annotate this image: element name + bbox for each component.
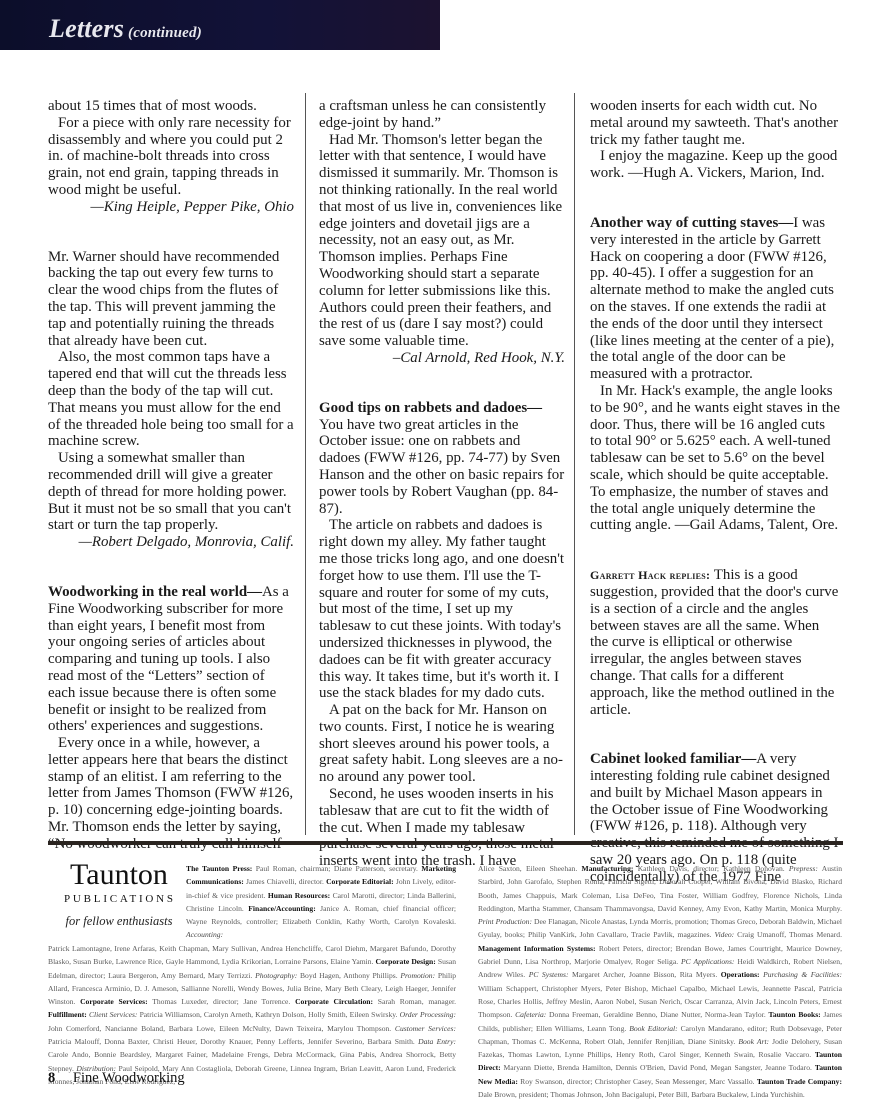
staff-department: Operations: (721, 970, 760, 979)
letter-body: I was very interested in the article by … (590, 215, 834, 382)
letter-paragraph: I enjoy the magazine. Keep up the good w… (590, 148, 840, 182)
masthead-staff-list-1: The Taunton Press: Paul Roman, chairman;… (186, 862, 456, 942)
masthead-staff-list-1-continued: Patrick Lamontagne, Irene Arfaras, Keith… (48, 942, 456, 1088)
page-number: 8 (48, 1070, 55, 1086)
editor-reply: Garrett Hack replies: This is a good sug… (590, 567, 840, 718)
masthead-divider (48, 841, 843, 845)
taunton-logo: Taunton PUBLICATIONS for fellow enthusia… (64, 860, 174, 929)
staff-department: The Taunton Press: (186, 864, 252, 873)
paragraph-gap (48, 551, 294, 584)
staff-subdepartment: Print Production: (478, 917, 532, 926)
staff-names: Boyd Hagen, Anthony Phillips. (297, 971, 400, 980)
staff-names: Patricia Williamson, Carolyn Arneth, Kat… (137, 1010, 399, 1019)
column-divider (574, 93, 575, 835)
section-subtitle: (continued) (128, 25, 202, 41)
letter-body: As a Fine Woodworking subscriber for mor… (48, 584, 289, 734)
letter-paragraph: Every once in a while, however, a letter… (48, 735, 294, 853)
letter-heading: Woodworking in the real world— (48, 584, 262, 600)
paragraph-gap (48, 216, 294, 249)
staff-names: Donna Freeman, Geraldine Benno, Diane Nu… (546, 1010, 768, 1019)
staff-names: John Comerford, Nancianne Boland, Barbar… (48, 1024, 395, 1033)
letter-paragraph: The article on rabbets and dadoes is rig… (319, 517, 565, 702)
paragraph-gap (590, 718, 840, 751)
letter-paragraph: wooden inserts for each width cut. No me… (590, 98, 840, 148)
letter-signature: —King Heiple, Pepper Pike, Ohio (48, 199, 294, 216)
letter-signature: –Cal Arnold, Red Hook, N.Y. (319, 350, 565, 367)
staff-department: Corporate Services: (80, 997, 148, 1006)
staff-names: Paul Roman, chairman; Diane Patterson, s… (252, 864, 421, 873)
paragraph-gap (590, 182, 840, 215)
staff-subdepartment: Promotion: (400, 971, 435, 980)
staff-subdepartment: PC Systems: (529, 970, 569, 979)
staff-department: Corporate Circulation: (295, 997, 373, 1006)
letter-heading: Another way of cutting staves— (590, 215, 793, 231)
article-column-1: about 15 times that of most woods.For a … (48, 98, 294, 853)
staff-names: Alice Saxton, Eileen Sheehan. (478, 864, 582, 873)
logo-name: Taunton (64, 860, 174, 890)
staff-names: Thomas Luxeder, director; Jane Torrence. (148, 997, 295, 1006)
letter-opening: Another way of cutting staves—I was very… (590, 215, 840, 383)
staff-names: Margaret Archer, Joanne Bisson, Rita Mye… (569, 970, 721, 979)
staff-subdepartment: Cafeteria: (515, 1010, 546, 1019)
staff-department: Management Information Systems: (478, 944, 596, 953)
staff-department: Human Resources: (268, 891, 330, 900)
staff-subdepartment: Video: (715, 930, 735, 939)
logo-publications: PUBLICATIONS (64, 893, 174, 905)
staff-department: Fulfillment: (48, 1010, 87, 1019)
article-column-3: wooden inserts for each width cut. No me… (590, 98, 840, 886)
staff-subdepartment: Accounting: (186, 930, 223, 939)
letter-paragraph: For a piece with only rare necessity for… (48, 115, 294, 199)
staff-subdepartment: PC Applications: (681, 957, 734, 966)
page-footer: 8 Fine Woodworking (48, 1070, 185, 1087)
letter-heading: Garrett Hack replies: (590, 568, 710, 582)
letter-body: You have two great articles in the Octob… (319, 417, 564, 517)
staff-names: Sarah Roman, manager. (373, 997, 456, 1006)
logo-tagline: for fellow enthusiasts (64, 914, 174, 929)
letter-paragraph: a craftsman unless he can consistently e… (319, 98, 565, 132)
staff-names: James Chiavelli, director. (244, 877, 326, 886)
staff-department: Taunton Books: (768, 1010, 820, 1019)
staff-subdepartment: Customer Services: (395, 1024, 456, 1033)
letter-paragraph: A pat on the back for Mr. Hanson on two … (319, 702, 565, 786)
staff-names: Dale Brown, president; Thomas Johnson, J… (478, 1090, 805, 1099)
letter-body: This is a good suggestion, provided that… (590, 567, 838, 717)
letter-heading: Cabinet looked familiar— (590, 751, 756, 767)
letter-paragraph: Also, the most common taps have a tapere… (48, 349, 294, 450)
staff-subdepartment: Client Services: (89, 1010, 138, 1019)
letter-paragraph: Mr. Warner should have recommended backi… (48, 249, 294, 350)
letter-opening: Woodworking in the real world—As a Fine … (48, 584, 294, 735)
staff-department: Manufacturing: (582, 864, 634, 873)
staff-subdepartment: Order Processing: (400, 1010, 456, 1019)
staff-department: Finance/Accounting: (248, 904, 316, 913)
letter-opening: Good tips on rabbets and dadoes—You have… (319, 400, 565, 518)
letter-signature: —Robert Delgado, Monrovia, Calif. (48, 534, 294, 551)
staff-subdepartment: Photography: (255, 971, 297, 980)
staff-subdepartment: Book Art: (738, 1037, 769, 1046)
section-title: Letters(continued) (49, 14, 202, 44)
column-divider (305, 93, 306, 835)
staff-names: Craig Umanoff, Thomas Menard. (734, 930, 842, 939)
letter-heading: Good tips on rabbets and dadoes— (319, 400, 542, 416)
paragraph-gap (590, 534, 840, 567)
staff-subdepartment: Purchasing & Facilities: (763, 970, 842, 979)
section-header-band: Letters(continued) (0, 0, 440, 50)
staff-names: Roy Swanson, director; Christopher Casey… (518, 1077, 757, 1086)
staff-department: Taunton Trade Company: (757, 1077, 842, 1086)
letter-paragraph: about 15 times that of most woods. (48, 98, 294, 115)
staff-subdepartment: Book Editorial: (629, 1024, 677, 1033)
letter-paragraph: Second, he uses wooden inserts in his ta… (319, 786, 565, 870)
masthead-staff-list-2: Alice Saxton, Eileen Sheehan. Manufactur… (478, 862, 842, 1101)
staff-subdepartment: Data Entry: (418, 1037, 456, 1046)
letter-paragraph: In Mr. Hack's example, the angle looks t… (590, 383, 840, 534)
article-column-2: a craftsman unless he can consistently e… (319, 98, 565, 870)
letter-paragraph: Had Mr. Thomson's letter began the lette… (319, 132, 565, 350)
letter-paragraph: Using a somewhat smaller than recommende… (48, 450, 294, 534)
publication-name: Fine Woodworking (73, 1070, 185, 1086)
staff-department: Corporate Editorial: (326, 877, 394, 886)
paragraph-gap (319, 367, 565, 400)
section-title-text: Letters (49, 14, 124, 43)
staff-names: Kathleen Davis, director; Kathleen Donov… (633, 864, 789, 873)
staff-names: Maryann Diette, Brenda Hamilton, Dennis … (501, 1063, 815, 1072)
staff-names: Patricia Malouff, Donna Baxter, Christi … (48, 1037, 418, 1046)
staff-department: Corporate Design: (376, 957, 436, 966)
staff-subdepartment: Prepress: (789, 864, 818, 873)
